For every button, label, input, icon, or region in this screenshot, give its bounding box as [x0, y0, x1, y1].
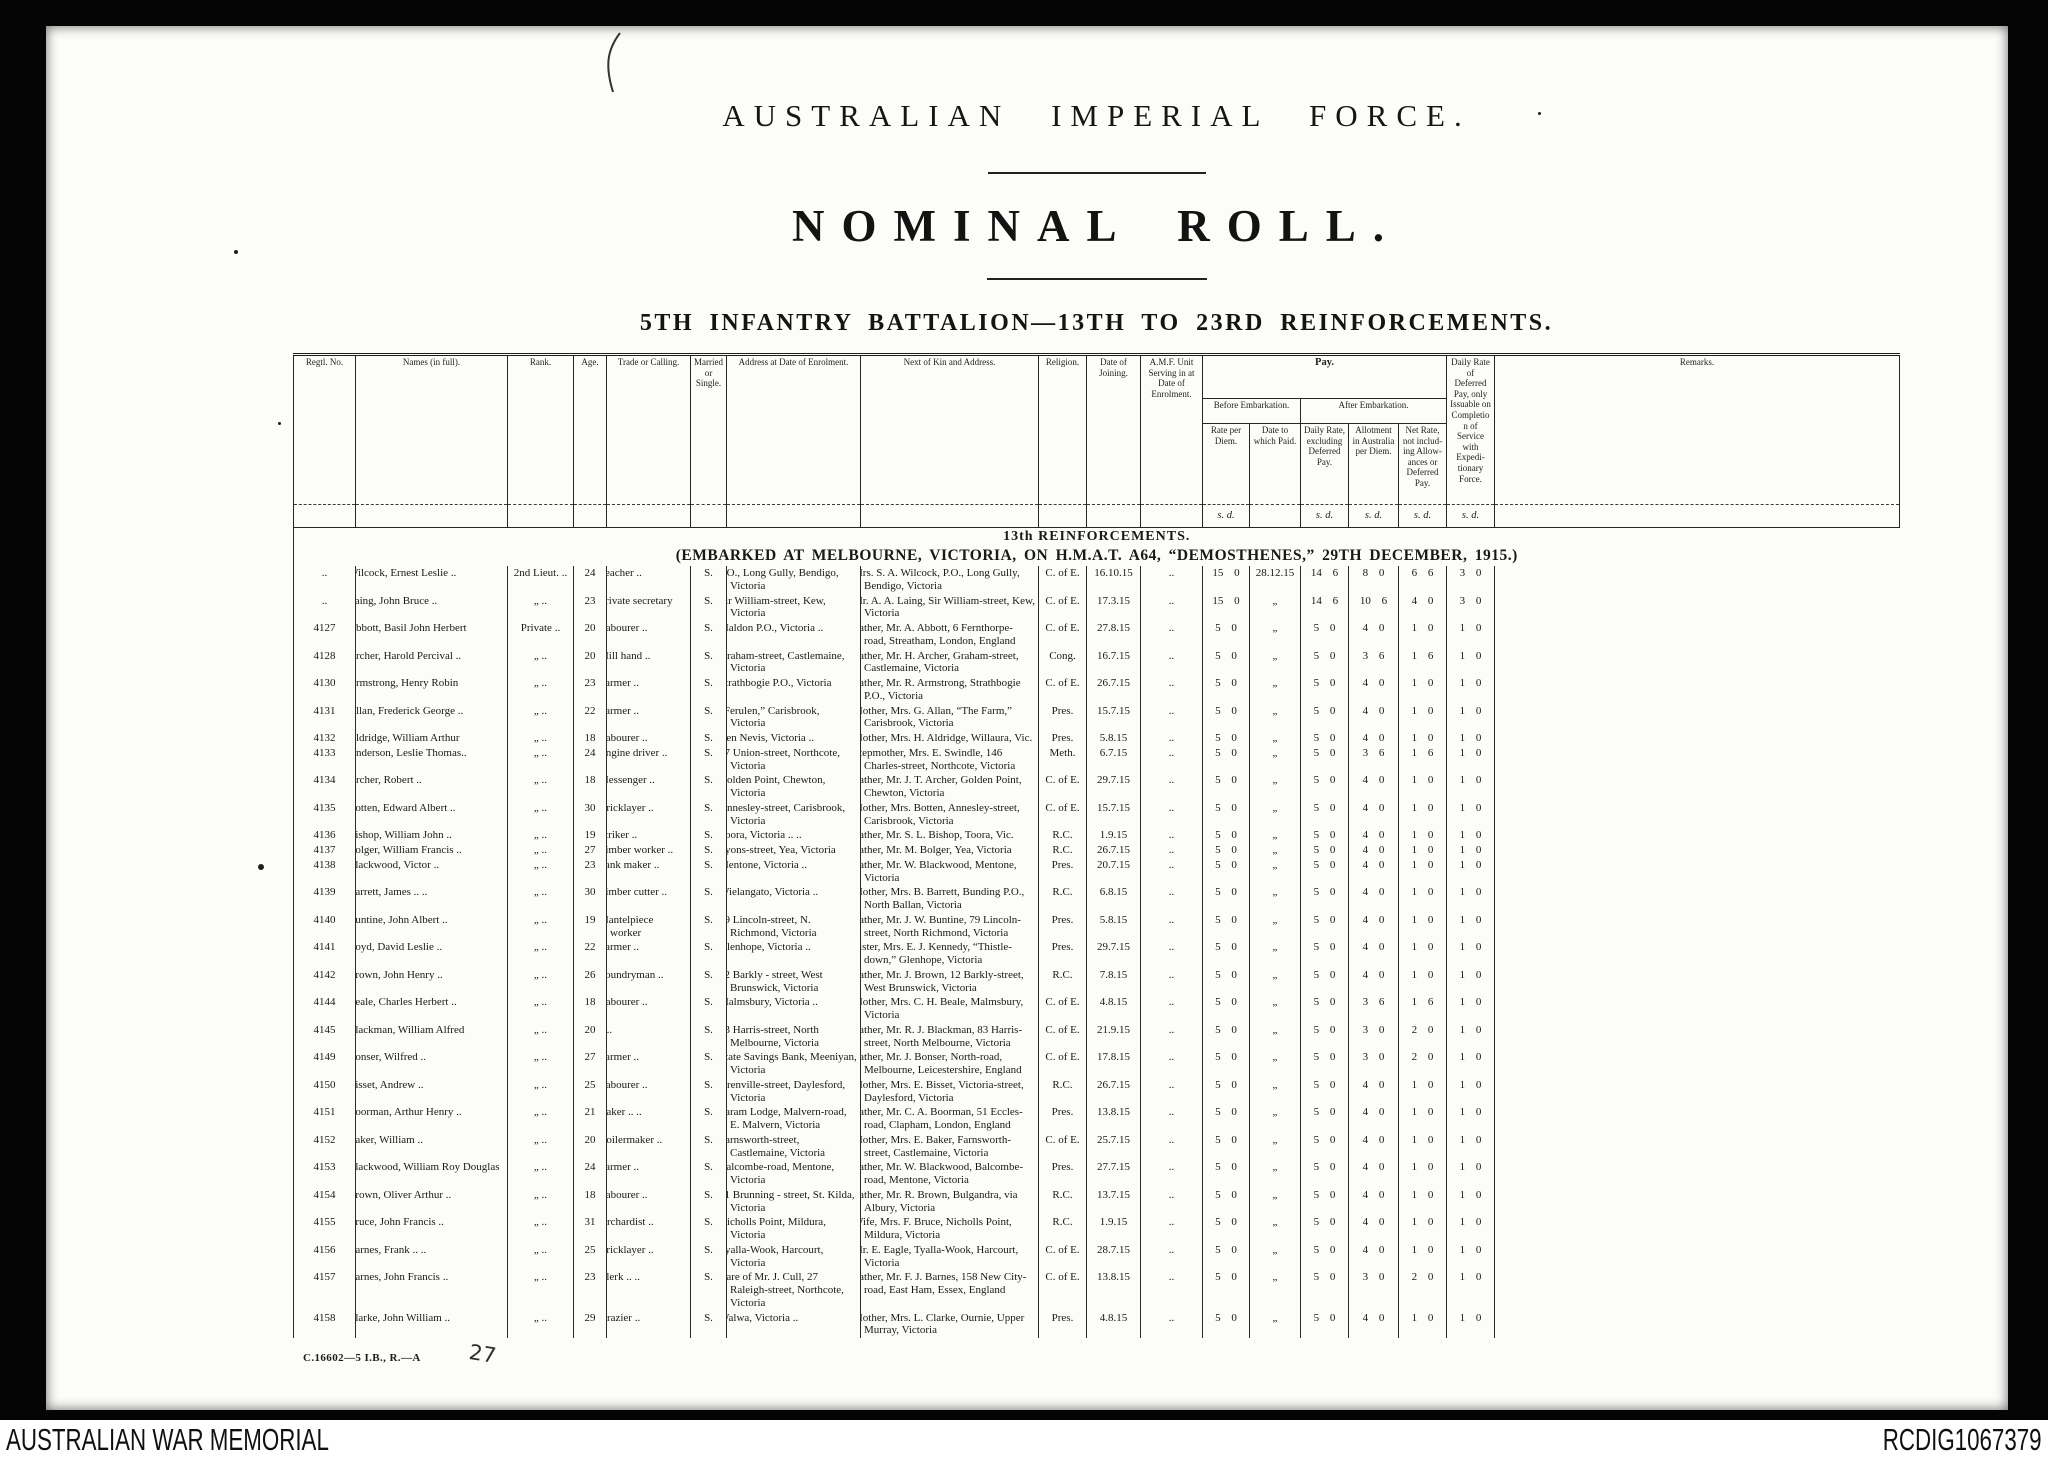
cell-age: 24	[574, 566, 607, 594]
cell-next_of_kin: Stepmother, Mrs. E. Swindle, 146 Charles…	[861, 746, 1039, 774]
cell-remarks	[1495, 1133, 1900, 1161]
cell-age: 30	[574, 801, 607, 829]
cell-next_of_kin: Father, Mr. W. Blackwood, Mentone, Victo…	[861, 858, 1039, 886]
cell-rank: „ ..	[508, 1243, 574, 1271]
cell-name: Boorman, Arthur Henry ..	[356, 1105, 508, 1133]
cell-married: S.	[691, 1023, 727, 1051]
cell-next_of_kin: Father, Mr. R. Armstrong, Strathbogie P.…	[861, 676, 1039, 704]
cell-rank: „ ..	[508, 1270, 574, 1310]
cell-trade: Labourer ..	[607, 1078, 691, 1106]
cell-rank: „ ..	[508, 1311, 574, 1339]
cell-daily_rate: 5 0	[1301, 913, 1349, 941]
cell-rate_per_diem: 5 0	[1203, 843, 1250, 858]
cell-deferred: 1 0	[1447, 995, 1495, 1023]
cell-married: S.	[691, 885, 727, 913]
cell-age: 27	[574, 843, 607, 858]
col-header-deferred-pay: Daily Rate of Deferred Pay, only Issuabl…	[1447, 355, 1495, 505]
cell-daily_rate: 5 0	[1301, 968, 1349, 996]
cell-next_of_kin: Mother, Mrs. E. Baker, Farnsworth-street…	[861, 1133, 1039, 1161]
cell-net_rate: 1 0	[1399, 828, 1447, 843]
cell-age: 20	[574, 1133, 607, 1161]
cell-allotment: 8 0	[1349, 566, 1399, 594]
cell-rate_per_diem: 5 0	[1203, 1215, 1250, 1243]
cell-regtl_no: 4139	[294, 885, 356, 913]
cell-regtl_no: 4149	[294, 1050, 356, 1078]
cell-trade: Farmer ..	[607, 704, 691, 732]
roll-row: 4132Aldridge, William Arthur„ ..18Labour…	[294, 731, 1900, 746]
cell-married: S.	[691, 995, 727, 1023]
document-title: AUSTRALIAN IMPERIAL FORCE.	[293, 98, 1900, 134]
cell-allotment: 3 6	[1349, 649, 1399, 677]
cell-deferred: 1 0	[1447, 968, 1495, 996]
col-header-trade: Trade or Calling.	[607, 355, 691, 505]
cell-allotment: 4 0	[1349, 704, 1399, 732]
cell-regtl_no: 4140	[294, 913, 356, 941]
cell-date_to_which_paid: „	[1250, 828, 1301, 843]
sd-label: s. d.	[1447, 505, 1495, 528]
cell-net_rate: 6 6	[1399, 566, 1447, 594]
roll-row: 4133Anderson, Leslie Thomas..„ ..24Engin…	[294, 746, 1900, 774]
cell-religion: R.C.	[1039, 1188, 1087, 1216]
col-header-pay-group: Pay.	[1203, 355, 1447, 399]
cell-date_of_joining: 20.7.15	[1087, 858, 1141, 886]
divider-rule	[988, 172, 1206, 174]
cell-date_to_which_paid: „	[1250, 704, 1301, 732]
cell-address: Balcombe-road, Mentone, Victoria	[727, 1160, 861, 1188]
cell-remarks	[1495, 1188, 1900, 1216]
paper-speck	[278, 422, 281, 425]
col-header-date-of-joining: Date of Joining.	[1087, 355, 1141, 505]
cell-name: Bishop, William John ..	[356, 828, 508, 843]
cell-allotment: 4 0	[1349, 828, 1399, 843]
roll-row: 4139Barrett, James .. ..„ ..30Timber cut…	[294, 885, 1900, 913]
cell-deferred: 1 0	[1447, 885, 1495, 913]
cell-married: S.	[691, 621, 727, 649]
cell-daily_rate: 5 0	[1301, 1160, 1349, 1188]
cell-address: Sir William-street, Kew, Victoria	[727, 594, 861, 622]
cell-married: S.	[691, 1050, 727, 1078]
cell-rate_per_diem: 5 0	[1203, 1078, 1250, 1106]
cell-religion: C. of E.	[1039, 594, 1087, 622]
cell-daily_rate: 5 0	[1301, 1270, 1349, 1310]
cell-age: 27	[574, 1050, 607, 1078]
cell-age: 23	[574, 858, 607, 886]
cell-deferred: 1 0	[1447, 858, 1495, 886]
cell-allotment: 4 0	[1349, 913, 1399, 941]
cell-next_of_kin: Mother, Mrs. E. Bisset, Victoria-street,…	[861, 1078, 1039, 1106]
cell-regtl_no: 4150	[294, 1078, 356, 1106]
cell-net_rate: 1 0	[1399, 940, 1447, 968]
cell-amf_unit: ..	[1141, 676, 1203, 704]
cell-date_of_joining: 17.3.15	[1087, 594, 1141, 622]
cell-daily_rate: 5 0	[1301, 731, 1349, 746]
cell-religion: C. of E.	[1039, 1243, 1087, 1271]
cell-trade: Grazier ..	[607, 1311, 691, 1339]
roll-row: 4130Armstrong, Henry Robin„ ..23Farmer .…	[294, 676, 1900, 704]
roll-row: 4154Brown, Oliver Arthur ..„ ..18Laboure…	[294, 1188, 1900, 1216]
cell-date_to_which_paid: „	[1250, 1311, 1301, 1339]
cell-address: Malmsbury, Victoria ..	[727, 995, 861, 1023]
cell-remarks	[1495, 1160, 1900, 1188]
cell-deferred: 1 0	[1447, 773, 1495, 801]
cell-address: Walwa, Victoria ..	[727, 1311, 861, 1339]
roll-row: 4145Blackman, William Alfred„ ..20„ ..S.…	[294, 1023, 1900, 1051]
cell-name: Aldridge, William Arthur	[356, 731, 508, 746]
cell-date_to_which_paid: „	[1250, 968, 1301, 996]
cell-age: 23	[574, 594, 607, 622]
cell-trade: Clerk .. ..	[607, 1270, 691, 1310]
cell-deferred: 1 0	[1447, 1105, 1495, 1133]
cell-name: Bisset, Andrew ..	[356, 1078, 508, 1106]
cell-remarks	[1495, 828, 1900, 843]
cell-religion: C. of E.	[1039, 1270, 1087, 1310]
cell-allotment: 4 0	[1349, 1215, 1399, 1243]
cell-date_of_joining: 27.8.15	[1087, 621, 1141, 649]
paper-speck	[234, 250, 238, 254]
col-header-address: Address at Date of Enrolment.	[727, 355, 861, 505]
cell-age: 23	[574, 1270, 607, 1310]
cell-rate_per_diem: 5 0	[1203, 885, 1250, 913]
print-code: C.16602—5 I.B., R.—A	[303, 1352, 420, 1364]
cell-net_rate: 1 0	[1399, 1243, 1447, 1271]
roll-row: 4153Blackwood, William Roy Douglas„ ..24…	[294, 1160, 1900, 1188]
sd-label: s. d.	[1349, 505, 1399, 528]
cell-next_of_kin: Father, Mr. R. J. Blackman, 83 Harris-st…	[861, 1023, 1039, 1051]
cell-religion: C. of E.	[1039, 1050, 1087, 1078]
cell-religion: Pres.	[1039, 913, 1087, 941]
cell-next_of_kin: Mother, Mrs. Botten, Annesley-street, Ca…	[861, 801, 1039, 829]
cell-rate_per_diem: 5 0	[1203, 940, 1250, 968]
cell-daily_rate: 5 0	[1301, 649, 1349, 677]
cell-daily_rate: 14 6	[1301, 594, 1349, 622]
cell-allotment: 4 0	[1349, 1243, 1399, 1271]
cell-regtl_no: 4127	[294, 621, 356, 649]
sd-label: s. d.	[1399, 505, 1447, 528]
cell-rate_per_diem: 5 0	[1203, 731, 1250, 746]
cell-trade: Labourer ..	[607, 995, 691, 1023]
cell-next_of_kin: Father, Mr. M. Bolger, Yea, Victoria	[861, 843, 1039, 858]
cell-allotment: 4 0	[1349, 885, 1399, 913]
cell-trade: Baker .. ..	[607, 1105, 691, 1133]
cell-address: 79 Lincoln-street, N. Richmond, Victoria	[727, 913, 861, 941]
cell-daily_rate: 5 0	[1301, 676, 1349, 704]
cell-remarks	[1495, 858, 1900, 886]
cell-regtl_no: 4142	[294, 968, 356, 996]
cell-address: Tyalla-Wook, Harcourt, Victoria	[727, 1243, 861, 1271]
cell-address: 12 Barkly - street, West Brunswick, Vict…	[727, 968, 861, 996]
cell-age: 25	[574, 1243, 607, 1271]
cell-remarks	[1495, 843, 1900, 858]
cell-daily_rate: 5 0	[1301, 995, 1349, 1023]
cell-allotment: 3 6	[1349, 995, 1399, 1023]
cell-net_rate: 1 0	[1399, 704, 1447, 732]
cell-name: Archer, Harold Percival ..	[356, 649, 508, 677]
cell-remarks	[1495, 1311, 1900, 1339]
nominal-roll-table: Regtl. No. Names (in full). Rank. Age. T…	[293, 353, 1900, 1338]
cell-rank: „ ..	[508, 885, 574, 913]
cell-deferred: 1 0	[1447, 676, 1495, 704]
cell-rate_per_diem: 5 0	[1203, 1133, 1250, 1161]
cell-married: S.	[691, 968, 727, 996]
cell-address: Strathbogie P.O., Victoria	[727, 676, 861, 704]
cell-remarks	[1495, 704, 1900, 732]
cell-date_to_which_paid: „	[1250, 621, 1301, 649]
archive-id: RCDIG1067379	[1883, 1422, 2042, 1458]
cell-trade: Bricklayer ..	[607, 801, 691, 829]
cell-daily_rate: 5 0	[1301, 843, 1349, 858]
cell-rank: „ ..	[508, 1160, 574, 1188]
cell-deferred: 1 0	[1447, 1078, 1495, 1106]
cell-daily_rate: 14 6	[1301, 566, 1349, 594]
cell-date_of_joining: 17.8.15	[1087, 1050, 1141, 1078]
cell-trade: „ ..	[607, 1023, 691, 1051]
cell-deferred: 1 0	[1447, 1050, 1495, 1078]
cell-age: 22	[574, 940, 607, 968]
cell-date_to_which_paid: „	[1250, 885, 1301, 913]
cell-regtl_no: 4131	[294, 704, 356, 732]
cell-trade: Boilermaker ..	[607, 1133, 691, 1161]
roll-row: 4138Blackwood, Victor ..„ ..23Tank maker…	[294, 858, 1900, 886]
cell-amf_unit: ..	[1141, 1050, 1203, 1078]
cell-rank: „ ..	[508, 828, 574, 843]
cell-amf_unit: ..	[1141, 940, 1203, 968]
cell-deferred: 1 0	[1447, 1311, 1495, 1339]
col-header-daily-rate: Daily Rate, exclud­ing Deferred Pay.	[1301, 424, 1349, 505]
cell-address: 87 Union-street, Northcote, Victoria	[727, 746, 861, 774]
cell-date_of_joining: 16.10.15	[1087, 566, 1141, 594]
cell-allotment: 4 0	[1349, 1133, 1399, 1161]
cell-regtl_no: ..	[294, 594, 356, 622]
col-header-allotment: Allotment in Australia per Diem.	[1349, 424, 1399, 505]
cell-married: S.	[691, 746, 727, 774]
cell-trade: Tank maker ..	[607, 858, 691, 886]
cell-date_of_joining: 26.7.15	[1087, 843, 1141, 858]
cell-regtl_no: 4156	[294, 1243, 356, 1271]
roll-row: ..Laing, John Bruce ..„ ..23Private secr…	[294, 594, 1900, 622]
cell-allotment: 4 0	[1349, 731, 1399, 746]
cell-amf_unit: ..	[1141, 746, 1203, 774]
roll-row: 4135Botten, Edward Albert ..„ ..30Brickl…	[294, 801, 1900, 829]
handwritten-number: 27	[468, 1340, 499, 1368]
cell-amf_unit: ..	[1141, 843, 1203, 858]
cell-age: 25	[574, 1078, 607, 1106]
cell-next_of_kin: Sister, Mrs. E. J. Kennedy, “Thistle-dow…	[861, 940, 1039, 968]
cell-age: 24	[574, 746, 607, 774]
cell-date_to_which_paid: „	[1250, 746, 1301, 774]
cell-next_of_kin: Mother, Mrs. G. Allan, “The Farm,” Caris…	[861, 704, 1039, 732]
cell-remarks	[1495, 1105, 1900, 1133]
cell-age: 30	[574, 885, 607, 913]
cell-regtl_no: 4137	[294, 843, 356, 858]
cell-deferred: 1 0	[1447, 1243, 1495, 1271]
cell-date_to_which_paid: „	[1250, 676, 1301, 704]
cell-name: Barrett, James .. ..	[356, 885, 508, 913]
cell-allotment: 3 6	[1349, 746, 1399, 774]
cell-rate_per_diem: 5 0	[1203, 1188, 1250, 1216]
cell-next_of_kin: Mr. E. Eagle, Tyalla-Wook, Harcourt, Vic…	[861, 1243, 1039, 1271]
cell-net_rate: 1 0	[1399, 1105, 1447, 1133]
cell-deferred: 1 0	[1447, 746, 1495, 774]
cell-age: 18	[574, 1188, 607, 1216]
cell-married: S.	[691, 858, 727, 886]
cell-daily_rate: 5 0	[1301, 1050, 1349, 1078]
cell-deferred: 1 0	[1447, 1133, 1495, 1161]
cell-rank: „ ..	[508, 1133, 574, 1161]
cell-regtl_no: 4135	[294, 801, 356, 829]
cell-date_of_joining: 29.7.15	[1087, 773, 1141, 801]
cell-remarks	[1495, 621, 1900, 649]
cell-date_to_which_paid: „	[1250, 594, 1301, 622]
cell-married: S.	[691, 594, 727, 622]
cell-rank: „ ..	[508, 1023, 574, 1051]
cell-remarks	[1495, 801, 1900, 829]
cell-trade: Orchardist ..	[607, 1215, 691, 1243]
cell-remarks	[1495, 885, 1900, 913]
cell-date_of_joining: 4.8.15	[1087, 995, 1141, 1023]
cell-allotment: 10 6	[1349, 594, 1399, 622]
roll-row: 4156Barnes, Frank .. ..„ ..25Bricklayer …	[294, 1243, 1900, 1271]
cell-religion: Pres.	[1039, 940, 1087, 968]
cell-deferred: 1 0	[1447, 731, 1495, 746]
cell-regtl_no: 4152	[294, 1133, 356, 1161]
cell-daily_rate: 5 0	[1301, 1215, 1349, 1243]
cell-next_of_kin: Father, Mr. W. Blackwood, Balcombe-road,…	[861, 1160, 1039, 1188]
cell-date_to_which_paid: „	[1250, 773, 1301, 801]
cell-amf_unit: ..	[1141, 704, 1203, 732]
cell-amf_unit: ..	[1141, 621, 1203, 649]
cell-deferred: 1 0	[1447, 704, 1495, 732]
cell-deferred: 1 0	[1447, 843, 1495, 858]
cell-daily_rate: 5 0	[1301, 1023, 1349, 1051]
cell-married: S.	[691, 566, 727, 594]
cell-name: Bolger, William Francis ..	[356, 843, 508, 858]
cell-remarks	[1495, 746, 1900, 774]
cell-next_of_kin: Father, Mr. C. A. Boorman, 51 Eccles-roa…	[861, 1105, 1039, 1133]
cell-rank: „ ..	[508, 731, 574, 746]
cell-remarks	[1495, 968, 1900, 996]
cell-amf_unit: ..	[1141, 566, 1203, 594]
cell-trade: Striker ..	[607, 828, 691, 843]
roll-row: 4150Bisset, Andrew ..„ ..25Labourer ..S.…	[294, 1078, 1900, 1106]
cell-allotment: 4 0	[1349, 940, 1399, 968]
cell-rank: „ ..	[508, 1188, 574, 1216]
cell-amf_unit: ..	[1141, 828, 1203, 843]
cell-net_rate: 2 0	[1399, 1270, 1447, 1310]
roll-row: 4137Bolger, William Francis ..„ ..27Timb…	[294, 843, 1900, 858]
cell-amf_unit: ..	[1141, 968, 1203, 996]
cell-rate_per_diem: 5 0	[1203, 1105, 1250, 1133]
cell-daily_rate: 5 0	[1301, 858, 1349, 886]
cell-religion: R.C.	[1039, 1215, 1087, 1243]
cell-rate_per_diem: 5 0	[1203, 995, 1250, 1023]
col-header-religion: Religion.	[1039, 355, 1087, 505]
cell-age: 22	[574, 704, 607, 732]
cell-allotment: 4 0	[1349, 1160, 1399, 1188]
cell-married: S.	[691, 913, 727, 941]
cell-date_of_joining: 21.9.15	[1087, 1023, 1141, 1051]
cell-daily_rate: 5 0	[1301, 704, 1349, 732]
cell-date_to_which_paid: „	[1250, 1243, 1301, 1271]
cell-trade: Bricklayer ..	[607, 1243, 691, 1271]
cell-date_to_which_paid: „	[1250, 1078, 1301, 1106]
cell-rank: „ ..	[508, 858, 574, 886]
cell-net_rate: 2 0	[1399, 1023, 1447, 1051]
cell-married: S.	[691, 704, 727, 732]
col-header-remarks: Remarks.	[1495, 355, 1900, 505]
cell-address: Ben Nevis, Victoria ..	[727, 731, 861, 746]
cell-rank: „ ..	[508, 995, 574, 1023]
cell-daily_rate: 5 0	[1301, 1105, 1349, 1133]
roll-row: 4142Brown, John Henry ..„ ..26Foundryman…	[294, 968, 1900, 996]
cell-regtl_no: 4154	[294, 1188, 356, 1216]
cell-rank: Private ..	[508, 621, 574, 649]
cell-religion: Pres.	[1039, 1311, 1087, 1339]
cell-religion: C. of E.	[1039, 995, 1087, 1023]
cell-date_to_which_paid: „	[1250, 913, 1301, 941]
cell-net_rate: 1 0	[1399, 843, 1447, 858]
cell-religion: C. of E.	[1039, 801, 1087, 829]
cell-name: Botten, Edward Albert ..	[356, 801, 508, 829]
cell-allotment: 3 0	[1349, 1023, 1399, 1051]
cell-allotment: 4 0	[1349, 1078, 1399, 1106]
cell-remarks	[1495, 1243, 1900, 1271]
cell-regtl_no: 4138	[294, 858, 356, 886]
cell-next_of_kin: Father, Mr. H. Archer, Graham-street, Ca…	[861, 649, 1039, 677]
print-code-line: C.16602—5 I.B., R.—A 27	[303, 1342, 1900, 1366]
cell-trade: Engine driver ..	[607, 746, 691, 774]
roll-row: 4152Baker, William ..„ ..20Boilermaker .…	[294, 1133, 1900, 1161]
roll-row: 4151Boorman, Arthur Henry ..„ ..21Baker …	[294, 1105, 1900, 1133]
cell-allotment: 4 0	[1349, 858, 1399, 886]
cell-regtl_no: 4158	[294, 1311, 356, 1339]
divider-rule	[987, 278, 1207, 280]
cell-allotment: 4 0	[1349, 1311, 1399, 1339]
cell-next_of_kin: Father, Mr. J. Brown, 12 Barkly-street, …	[861, 968, 1039, 996]
cell-rate_per_diem: 5 0	[1203, 1270, 1250, 1310]
cell-deferred: 1 0	[1447, 940, 1495, 968]
cell-married: S.	[691, 1078, 727, 1106]
cell-address: Golden Point, Chewton, Victoria	[727, 773, 861, 801]
cell-amf_unit: ..	[1141, 1078, 1203, 1106]
cell-next_of_kin: Father, Mr. J. T. Archer, Golden Point, …	[861, 773, 1039, 801]
cell-daily_rate: 5 0	[1301, 1133, 1349, 1161]
cell-name: Laing, John Bruce ..	[356, 594, 508, 622]
cell-address: Param Lodge, Malvern-road, E. Malvern, V…	[727, 1105, 861, 1133]
cell-daily_rate: 5 0	[1301, 773, 1349, 801]
cell-deferred: 1 0	[1447, 1023, 1495, 1051]
cell-name: Bonser, Wilfred ..	[356, 1050, 508, 1078]
col-header-before-embarkation: Before Embarkation.	[1203, 399, 1301, 424]
cell-name: Baker, William ..	[356, 1133, 508, 1161]
cell-rate_per_diem: 5 0	[1203, 704, 1250, 732]
cell-religion: R.C.	[1039, 828, 1087, 843]
col-header-married: Married or Single.	[691, 355, 727, 505]
cell-regtl_no: 4144	[294, 995, 356, 1023]
cell-net_rate: 1 0	[1399, 1311, 1447, 1339]
cell-rate_per_diem: 5 0	[1203, 1023, 1250, 1051]
roll-row: 4128Archer, Harold Percival ..„ ..20Mill…	[294, 649, 1900, 677]
cell-daily_rate: 5 0	[1301, 621, 1349, 649]
cell-date_to_which_paid: „	[1250, 843, 1301, 858]
document-subtitle: NOMINAL ROLL.	[293, 200, 1900, 252]
cell-daily_rate: 5 0	[1301, 828, 1349, 843]
cell-allotment: 4 0	[1349, 801, 1399, 829]
cell-regtl_no: 4133	[294, 746, 356, 774]
cell-amf_unit: ..	[1141, 1270, 1203, 1310]
cell-remarks	[1495, 676, 1900, 704]
cell-amf_unit: ..	[1141, 885, 1203, 913]
cell-date_of_joining: 26.7.15	[1087, 1078, 1141, 1106]
